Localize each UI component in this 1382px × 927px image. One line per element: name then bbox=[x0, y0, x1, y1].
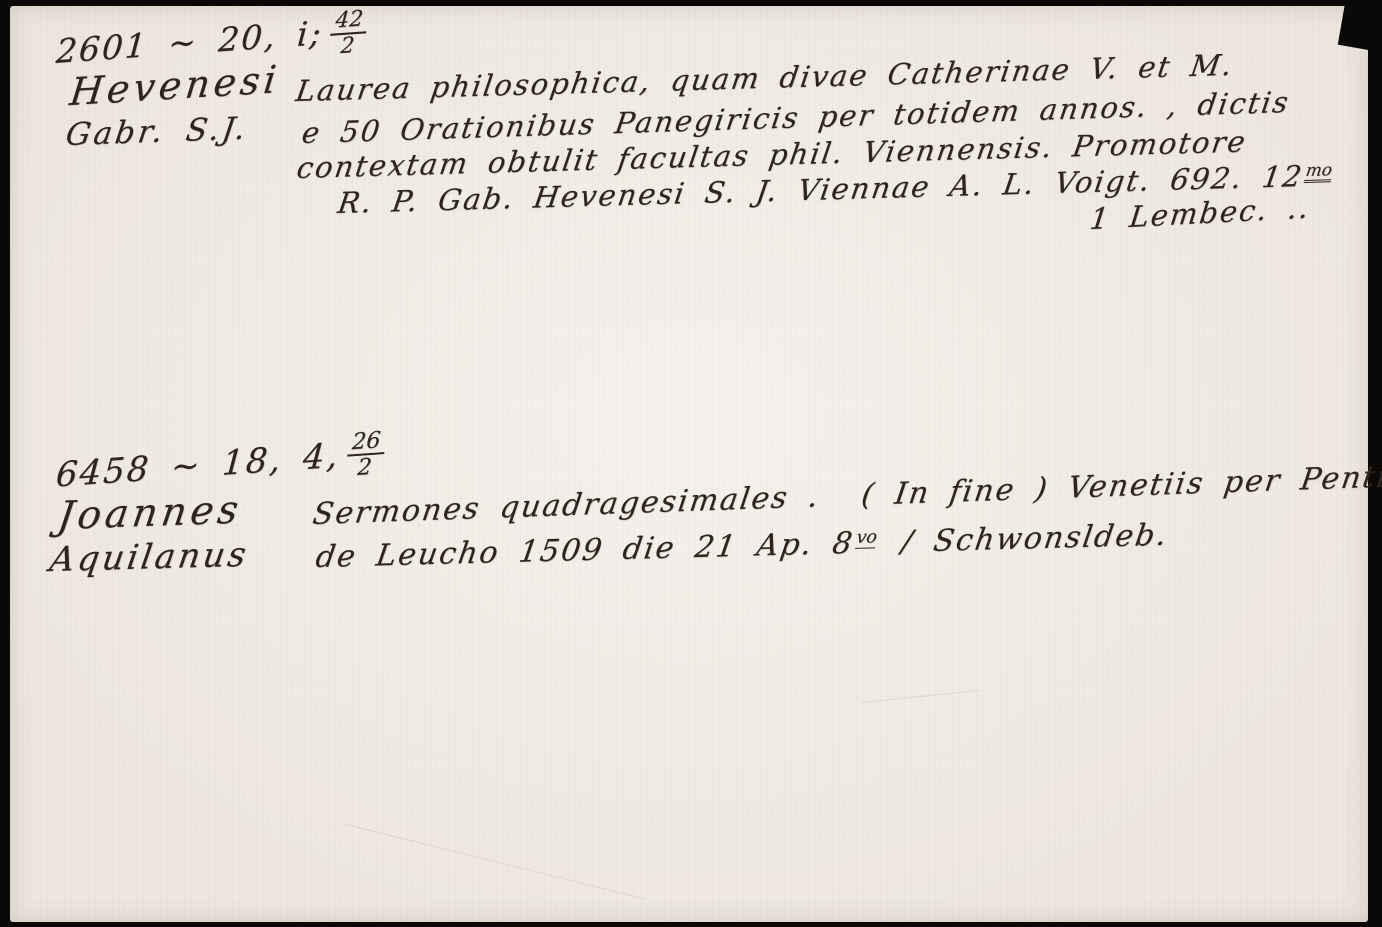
entry2-imprint-text: de Leucho 1509 die 21 Ap. 8 bbox=[313, 526, 856, 575]
scan-background: { "page": { "kind": "Handwritten bibliog… bbox=[0, 0, 1382, 927]
entry1-fraction-numerator: 42 bbox=[331, 8, 368, 35]
entry2-format-superscript: vo bbox=[855, 529, 878, 549]
entry2-author-surname: Joannes bbox=[55, 489, 245, 539]
entry2-fraction-denominator: 2 bbox=[346, 455, 384, 481]
entry1-format-superscript: mo bbox=[1304, 161, 1333, 183]
entry1-author-surname: Hevenesi bbox=[68, 59, 283, 114]
paper-crease-1 bbox=[344, 824, 645, 900]
entry2-shelfmark-fraction: 262 bbox=[346, 429, 386, 481]
scan-corner-shadow bbox=[1338, 0, 1381, 51]
entry1-shelfmark-fraction: 422 bbox=[329, 8, 368, 58]
entry2-body-line-1: Sermones quadragesimales .( In fine ) Ve… bbox=[311, 459, 1382, 532]
entry2-fraction-numerator: 26 bbox=[347, 429, 385, 457]
entry2-title-text: Sermones quadragesimales . bbox=[311, 479, 823, 532]
entry2-author-forename: Aquilanus bbox=[47, 537, 251, 580]
catalog-card-paper: 2601 ~ 20, i;422 Hevenesi Gabr. S.J. Lau… bbox=[10, 6, 1368, 922]
paper-crease-2 bbox=[860, 690, 979, 704]
entry2-imprint-note: ( In fine ) Venetiis per Pentium bbox=[859, 458, 1382, 513]
entry1-body-line-5: 1 Lembec. .. bbox=[1088, 192, 1312, 236]
entry2-shelfmark-main: 6458 ~ 18, 4, bbox=[55, 435, 341, 495]
entry1-author-forename: Gabr. S.J. bbox=[64, 112, 251, 153]
entry1-fraction-denominator: 2 bbox=[329, 33, 366, 58]
entry2-provenance-note: / Schwonsldeb. bbox=[899, 518, 1170, 560]
